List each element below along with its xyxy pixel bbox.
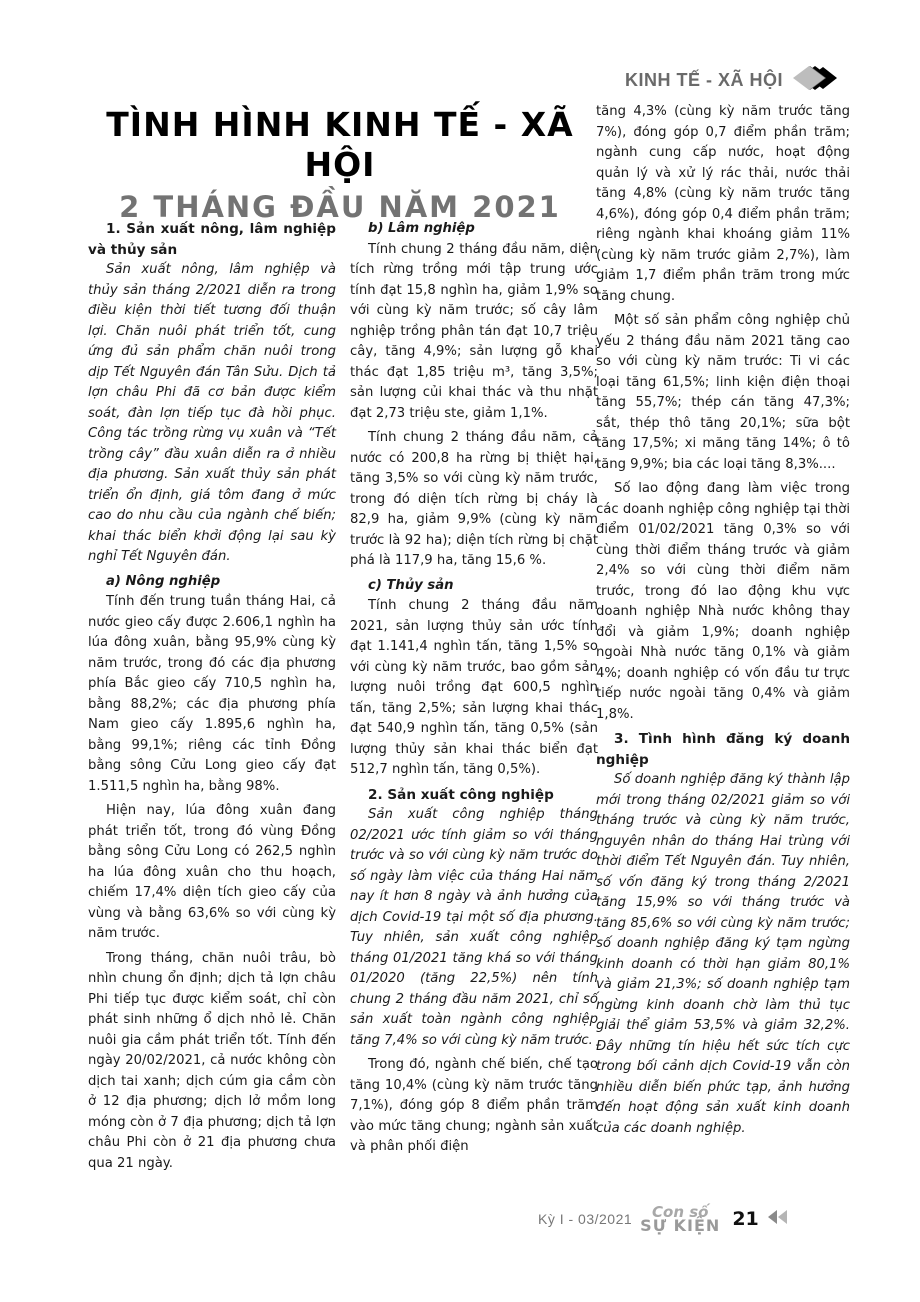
section-heading-business-registration: 3. Tình hình đăng ký doanh nghiệp: [596, 729, 850, 770]
subheading-forestry: b) Lâm nghiệp: [350, 219, 598, 240]
paragraph: Một số sản phẩm công nghiệp chủ yếu 2 th…: [596, 311, 850, 475]
column-1: 1. Sản xuất nông, lâm nghiệp và thủy sản…: [88, 219, 336, 1178]
page-number: 21: [732, 1208, 758, 1230]
subheading-fisheries: c) Thủy sản: [350, 576, 598, 597]
paragraph: tăng 4,3% (cùng kỳ năm trước tăng 7%), đ…: [596, 102, 850, 307]
section-heading-industry: 2. Sản xuất công nghiệp: [350, 785, 598, 806]
magazine-logo: Con số SỰ KIỆN: [640, 1205, 720, 1233]
lead-paragraph: Số doanh nghiệp đăng ký thành lập mới tr…: [596, 770, 850, 1139]
lead-paragraph: Sản xuất nông, lâm nghiệp và thủy sản th…: [88, 260, 336, 568]
paragraph: Tính chung 2 tháng đầu năm 2021, sản lượ…: [350, 596, 598, 781]
paragraph: Tính chung 2 tháng đầu năm, cả nước có 2…: [350, 428, 598, 572]
paragraph: Trong đó, ngành chế biến, chế tạo tăng 1…: [350, 1055, 598, 1158]
article-title: TÌNH HÌNH KINH TẾ - XÃ HỘI 2 THÁNG ĐẦU N…: [80, 105, 600, 227]
diamond-arrows-icon: [793, 64, 843, 96]
column-3: tăng 4,3% (cùng kỳ năm trước tăng 7%), đ…: [596, 102, 850, 1143]
issue-label: Kỳ I - 03/2021: [538, 1211, 632, 1227]
logo-line-2: SỰ KIỆN: [640, 1219, 720, 1233]
double-arrow-left-icon: [767, 1209, 789, 1229]
page-footer: Kỳ I - 03/2021 Con số SỰ KIỆN 21: [538, 1205, 789, 1233]
section-label: KINH TẾ - XÃ HỘI: [625, 70, 783, 91]
subheading-agriculture: a) Nông nghiệp: [88, 572, 336, 593]
title-line-1: TÌNH HÌNH KINH TẾ - XÃ HỘI: [80, 105, 600, 185]
paragraph: Trong tháng, chăn nuôi trâu, bò nhìn chu…: [88, 949, 336, 1175]
paragraph: Hiện nay, lúa đông xuân đang phát triển …: [88, 801, 336, 945]
lead-paragraph: Sản xuất công nghiệp tháng 02/2021 ước t…: [350, 805, 598, 1051]
section-header: KINH TẾ - XÃ HỘI: [625, 64, 843, 96]
paragraph: Số lao động đang làm việc trong các doan…: [596, 479, 850, 725]
column-2: b) Lâm nghiệp Tính chung 2 tháng đầu năm…: [350, 219, 598, 1162]
paragraph: Tính chung 2 tháng đầu năm, diện tích rừ…: [350, 240, 598, 425]
section-heading-agriculture: 1. Sản xuất nông, lâm nghiệp và thủy sản: [88, 219, 336, 260]
paragraph: Tính đến trung tuần tháng Hai, cả nước g…: [88, 592, 336, 797]
